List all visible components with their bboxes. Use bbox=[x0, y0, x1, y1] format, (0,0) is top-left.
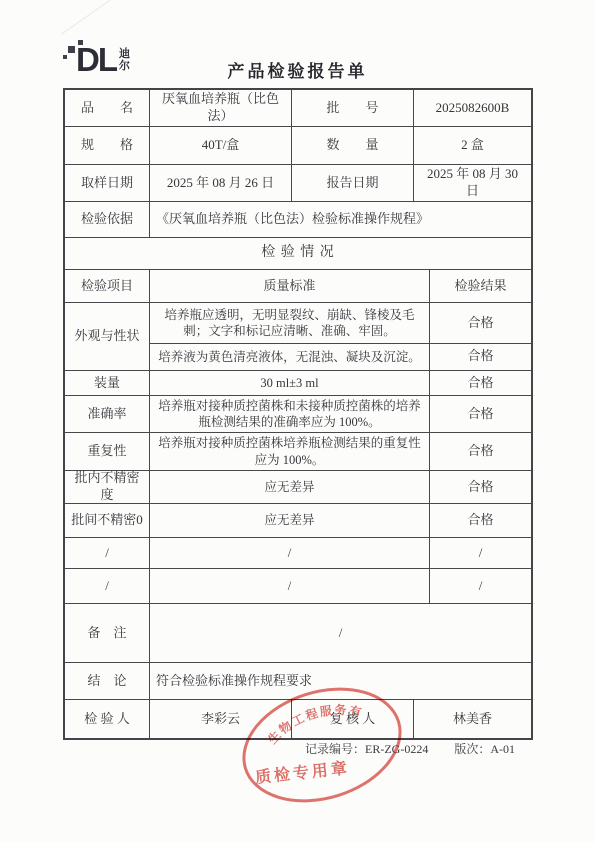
basis-label: 检验依据 bbox=[65, 202, 150, 237]
appearance-standard-2: 培养液为黄色清亮液体，无混浊、凝块及沉淀。 bbox=[150, 344, 430, 370]
item-label: 准确率 bbox=[65, 396, 150, 432]
inspector-label: 检 验 人 bbox=[65, 700, 150, 738]
scan-crease bbox=[61, 0, 119, 35]
basis-value: 《厌氧血培养瓶（比色法）检验标准操作规程》 bbox=[150, 202, 531, 237]
item-label: / bbox=[65, 538, 150, 568]
appearance-result-2: 合格 bbox=[430, 344, 531, 370]
item-standard: 30 ml±3 ml bbox=[150, 371, 430, 395]
report-date-value: 2025 年 08 月 30 日 bbox=[414, 165, 531, 201]
table-row: 规 格 40T/盒 数 量 2 盒 bbox=[65, 127, 531, 165]
item-result: 合格 bbox=[430, 471, 531, 503]
item-row: 批内不精密度 应无差异 合格 bbox=[65, 471, 531, 504]
product-name-value: 厌氧血培养瓶（比色法） bbox=[150, 90, 292, 126]
item-standard: 应无差异 bbox=[150, 504, 430, 537]
column-header-row: 检验项目 质量标准 检验结果 bbox=[65, 270, 531, 303]
appearance-subrow: 培养瓶应透明，无明显裂纹、崩缺、锋棱及毛刺；文字和标记应清晰、准确、牢固。 合格 bbox=[150, 303, 531, 344]
table-row: 检验依据 《厌氧血培养瓶（比色法）检验标准操作规程》 bbox=[65, 202, 531, 238]
batch-no-label: 批 号 bbox=[292, 90, 414, 126]
item-label: / bbox=[65, 569, 150, 603]
version-label: 版次： bbox=[454, 742, 490, 756]
item-result: / bbox=[430, 569, 531, 603]
logo-pixel-icon bbox=[78, 40, 83, 45]
conclusion-label: 结 论 bbox=[65, 663, 150, 699]
stamp-rim-text: 生物工程服务有 bbox=[260, 691, 369, 749]
item-result: 合格 bbox=[430, 504, 531, 537]
qty-value: 2 盒 bbox=[414, 127, 531, 164]
item-label: 重复性 bbox=[65, 433, 150, 470]
appearance-label: 外观与性状 bbox=[65, 303, 150, 370]
report-table: 品 名 厌氧血培养瓶（比色法） 批 号 2025082600B 规 格 40T/… bbox=[63, 88, 533, 740]
item-result: 合格 bbox=[430, 371, 531, 395]
item-result: / bbox=[430, 538, 531, 568]
item-result: 合格 bbox=[430, 433, 531, 470]
col-standard-header: 质量标准 bbox=[150, 270, 430, 302]
qty-label: 数 量 bbox=[292, 127, 414, 164]
table-row: 取样日期 2025 年 08 月 26 日 报告日期 2025 年 08 月 3… bbox=[65, 165, 531, 202]
remarks-row: 备 注 / bbox=[65, 604, 531, 663]
product-name-label: 品 名 bbox=[65, 90, 150, 126]
item-result: 合格 bbox=[430, 396, 531, 432]
item-row: 批间不精密0 应无差异 合格 bbox=[65, 504, 531, 538]
logo-pixel-icon bbox=[68, 46, 75, 53]
svg-text:生物工程服务有: 生物工程服务有 bbox=[260, 691, 369, 749]
item-standard: 培养瓶对接种质控菌株培养瓶检测结果的重复性应为 100%。 bbox=[150, 433, 430, 470]
item-label: 批间不精密0 bbox=[65, 504, 150, 537]
version-value: A-01 bbox=[490, 742, 515, 756]
batch-no-value: 2025082600B bbox=[414, 90, 531, 126]
item-label: 批内不精密度 bbox=[65, 471, 150, 503]
item-standard: / bbox=[150, 538, 430, 568]
section-header: 检 验 情 况 bbox=[65, 238, 531, 269]
sample-date-value: 2025 年 08 月 26 日 bbox=[150, 165, 292, 201]
item-standard: 培养瓶对接种质控菌株和未接种质控菌株的培养瓶检测结果的准确率应为 100%。 bbox=[150, 396, 430, 432]
table-row: 品 名 厌氧血培养瓶（比色法） 批 号 2025082600B bbox=[65, 90, 531, 127]
item-standard: 应无差异 bbox=[150, 471, 430, 503]
appearance-result-1: 合格 bbox=[430, 303, 531, 343]
appearance-row: 外观与性状 培养瓶应透明，无明显裂纹、崩缺、锋棱及毛刺；文字和标记应清晰、准确、… bbox=[65, 303, 531, 371]
section-header-row: 检 验 情 况 bbox=[65, 238, 531, 270]
sample-date-label: 取样日期 bbox=[65, 165, 150, 201]
col-item-header: 检验项目 bbox=[65, 270, 150, 302]
item-row: / / / bbox=[65, 538, 531, 569]
remarks-label: 备 注 bbox=[65, 604, 150, 662]
spec-value: 40T/盒 bbox=[150, 127, 292, 164]
item-standard: / bbox=[150, 569, 430, 603]
qc-stamp-icon: 生物工程服务有 质检专用章 bbox=[223, 670, 433, 820]
remarks-value: / bbox=[150, 604, 531, 662]
stamp-center-text: 质检专用章 bbox=[254, 758, 350, 787]
appearance-subrows: 培养瓶应透明，无明显裂纹、崩缺、锋棱及毛刺；文字和标记应清晰、准确、牢固。 合格… bbox=[150, 303, 531, 370]
item-row: 装量 30 ml±3 ml 合格 bbox=[65, 371, 531, 396]
col-result-header: 检验结果 bbox=[430, 270, 531, 302]
appearance-standard-1: 培养瓶应透明，无明显裂纹、崩缺、锋棱及毛刺；文字和标记应清晰、准确、牢固。 bbox=[150, 303, 430, 343]
item-row: 重复性 培养瓶对接种质控菌株培养瓶检测结果的重复性应为 100%。 合格 bbox=[65, 433, 531, 471]
inspection-report-page: DL 迪 尔 产品检验报告单 品 名 厌氧血培养瓶（比色法） 批 号 20250… bbox=[0, 0, 595, 842]
page-title: 产品检验报告单 bbox=[0, 57, 595, 82]
item-label: 装量 bbox=[65, 371, 150, 395]
report-date-label: 报告日期 bbox=[292, 165, 414, 201]
item-row: 准确率 培养瓶对接种质控菌株和未接种质控菌株的培养瓶检测结果的准确率应为 100… bbox=[65, 396, 531, 433]
spec-label: 规 格 bbox=[65, 127, 150, 164]
item-row: / / / bbox=[65, 569, 531, 604]
appearance-subrow: 培养液为黄色清亮液体，无混浊、凝块及沉淀。 合格 bbox=[150, 344, 531, 370]
